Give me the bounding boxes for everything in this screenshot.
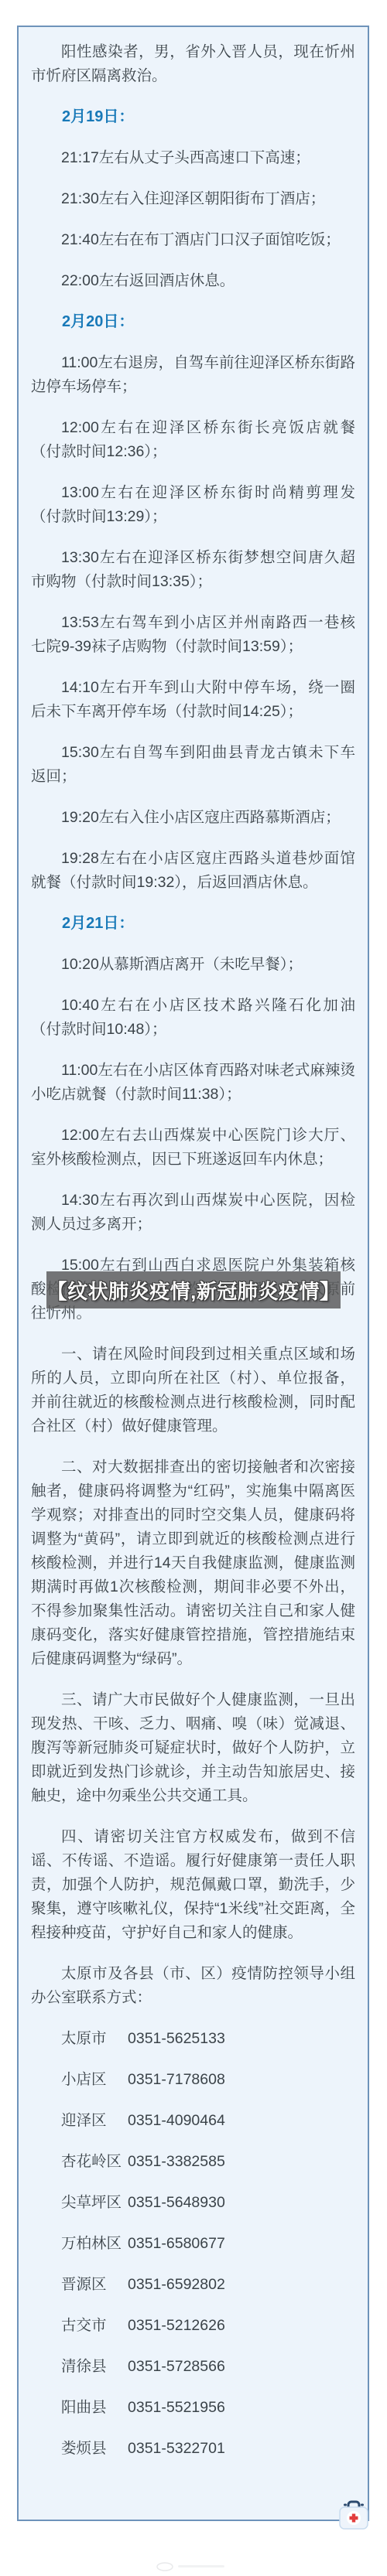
contact-phone: 0351-6580677 bbox=[128, 2232, 225, 2256]
itinerary-entry: 13:53左右驾车到小店区并州南路西一巷核七院9-39袜子店购物（付款时间13:… bbox=[31, 611, 355, 659]
contact-row: 万柏林区0351-6580677 bbox=[31, 2232, 355, 2256]
contact-phone: 0351-5322701 bbox=[128, 2437, 225, 2461]
contact-region: 太原市 bbox=[61, 2027, 128, 2051]
notice-paragraph: 一、请在风险时间段到过相关重点区域和场所的人员，立即向所在社区（村）、单位报备，… bbox=[31, 1343, 355, 1438]
contact-phone: 0351-3382585 bbox=[128, 2150, 225, 2174]
contact-row: 小店区0351-7178608 bbox=[31, 2068, 355, 2092]
contact-phone: 0351-4090464 bbox=[128, 2109, 225, 2133]
contact-row: 晋源区0351-6592802 bbox=[31, 2273, 355, 2297]
itinerary-entry: 10:20从慕斯酒店离开（未吃早餐）； bbox=[31, 953, 355, 977]
contact-phone: 0351-5212626 bbox=[128, 2314, 225, 2338]
contact-region: 娄烦县 bbox=[61, 2437, 128, 2461]
itinerary-entry: 10:40左右在小店区技术路兴隆石化加油（付款时间10:48）； bbox=[31, 994, 355, 1042]
itinerary-entry: 14:30左右再次到山西煤炭中心医院，因检测人员过多离开； bbox=[31, 1189, 355, 1237]
contact-row: 阳曲县0351-5521956 bbox=[31, 2396, 355, 2420]
contact-row: 迎泽区0351-4090464 bbox=[31, 2109, 355, 2133]
itinerary-entry: 12:00左右在迎泽区桥东街长亮饭店就餐（付款时间12:36）； bbox=[31, 416, 355, 464]
itinerary-entry: 19:28左右在小店区寇庄西路头道巷炒面馆就餐（付款时间19:32），后返回酒店… bbox=[31, 847, 355, 895]
itinerary-entry: 22:00左右返回酒店休息。 bbox=[31, 269, 355, 293]
contact-intro-text: 太原市及各县（市、区）疫情防控领导小组办公室联系方式： bbox=[31, 1962, 355, 2010]
contact-region: 尖草坪区 bbox=[61, 2191, 128, 2215]
date-heading: 2月20日： bbox=[31, 310, 355, 334]
contact-row: 古交市0351-5212626 bbox=[31, 2314, 355, 2338]
contact-phone: 0351-5648930 bbox=[128, 2191, 225, 2215]
contact-phone: 0351-5625133 bbox=[128, 2027, 225, 2051]
contact-region: 杏花岭区 bbox=[61, 2150, 128, 2174]
notice-paragraphs: 一、请在风险时间段到过相关重点区域和场所的人员，立即向所在社区（村）、单位报备，… bbox=[31, 1343, 355, 1945]
contact-row: 娄烦县0351-5322701 bbox=[31, 2437, 355, 2461]
itinerary-entry: 15:30左右自驾车到阳曲县青龙古镇未下车返回； bbox=[31, 741, 355, 789]
contact-region: 万柏林区 bbox=[61, 2232, 128, 2256]
faint-logo-watermark bbox=[155, 2554, 248, 2574]
contact-region: 清徐县 bbox=[61, 2355, 128, 2379]
itinerary-entry: 21:30左右入住迎泽区朝阳街布丁酒店； bbox=[31, 187, 355, 211]
first-aid-kit-icon bbox=[337, 2499, 370, 2531]
date-heading: 2月21日： bbox=[31, 912, 355, 936]
itinerary-entry: 11:00左右在小店区体育西路对味老式麻辣烫小吃店就餐（付款时间11:38）； bbox=[31, 1059, 355, 1107]
itinerary-timeline: 2月19日：21:17左右从丈子头西高速口下高速；21:30左右入住迎泽区朝阳街… bbox=[31, 105, 355, 1326]
itinerary-entry: 11:00左右退房，自驾车前往迎泽区桥东街路边停车场停车； bbox=[31, 351, 355, 399]
itinerary-entry: 12:00左右去山西煤炭中心医院门诊大厅、室外核酸检测点，因已下班遂返回车内休息… bbox=[31, 1124, 355, 1172]
contact-phone: 0351-5521956 bbox=[128, 2396, 225, 2420]
case-intro-text: 阳性感染者，男，省外入晋人员，现在忻州市忻府区隔离救治。 bbox=[31, 40, 355, 88]
itinerary-entry: 19:20左右入住小店区寇庄西路慕斯酒店； bbox=[31, 806, 355, 830]
watermark-banner: 【纹状肺炎疫情,新冠肺炎疫情】 bbox=[46, 1271, 341, 1308]
contact-region: 迎泽区 bbox=[61, 2109, 128, 2133]
contact-row: 清徐县0351-5728566 bbox=[31, 2355, 355, 2379]
itinerary-entry: 13:00左右在迎泽区桥东街时尚精剪理发（付款时间13:29）； bbox=[31, 481, 355, 529]
itinerary-entry: 14:10左右开车到山大附中停车场，绕一圈后未下车离开停车场（付款时间14:25… bbox=[31, 676, 355, 724]
contact-phone: 0351-7178608 bbox=[128, 2068, 225, 2092]
notice-paragraph: 三、请广大市民做好个人健康监测，一旦出现发热、干咳、乏力、咽痛、嗅（味）觉减退、… bbox=[31, 1688, 355, 1808]
contact-region: 古交市 bbox=[61, 2314, 128, 2338]
contact-phone: 0351-6592802 bbox=[128, 2273, 225, 2297]
contact-region: 晋源区 bbox=[61, 2273, 128, 2297]
itinerary-entry: 13:30左右在迎泽区桥东街梦想空间唐久超市购物（付款时间13:35）； bbox=[31, 546, 355, 594]
notice-paragraph: 四、请密切关注官方权威发布，做到不信谣、不传谣、不造谣。履行好健康第一责任人职责… bbox=[31, 1825, 355, 1945]
contact-phone: 0351-5728566 bbox=[128, 2355, 225, 2379]
notice-paragraph: 二、对大数据排查出的密切接触者和次密接触者，健康码将调整为“红码”，实施集中隔离… bbox=[31, 1455, 355, 1671]
contact-row: 杏花岭区0351-3382585 bbox=[31, 2150, 355, 2174]
watermark-banner-text: 【纹状肺炎疫情,新冠肺炎疫情】 bbox=[47, 1276, 341, 1305]
date-heading: 2月19日： bbox=[31, 105, 355, 129]
contact-row: 尖草坪区0351-5648930 bbox=[31, 2191, 355, 2215]
itinerary-entry: 21:17左右从丈子头西高速口下高速； bbox=[31, 146, 355, 170]
contact-row: 太原市0351-5625133 bbox=[31, 2027, 355, 2051]
contact-region: 小店区 bbox=[61, 2068, 128, 2092]
contact-list: 太原市0351-5625133小店区0351-7178608迎泽区0351-40… bbox=[31, 2027, 355, 2461]
itinerary-entry: 21:40左右在布丁酒店门口汉子面馆吃饭； bbox=[31, 228, 355, 252]
contact-region: 阳曲县 bbox=[61, 2396, 128, 2420]
article-page: 阳性感染者，男，省外入晋人员，现在忻州市忻府区隔离救治。 2月19日：21:17… bbox=[0, 0, 387, 2576]
